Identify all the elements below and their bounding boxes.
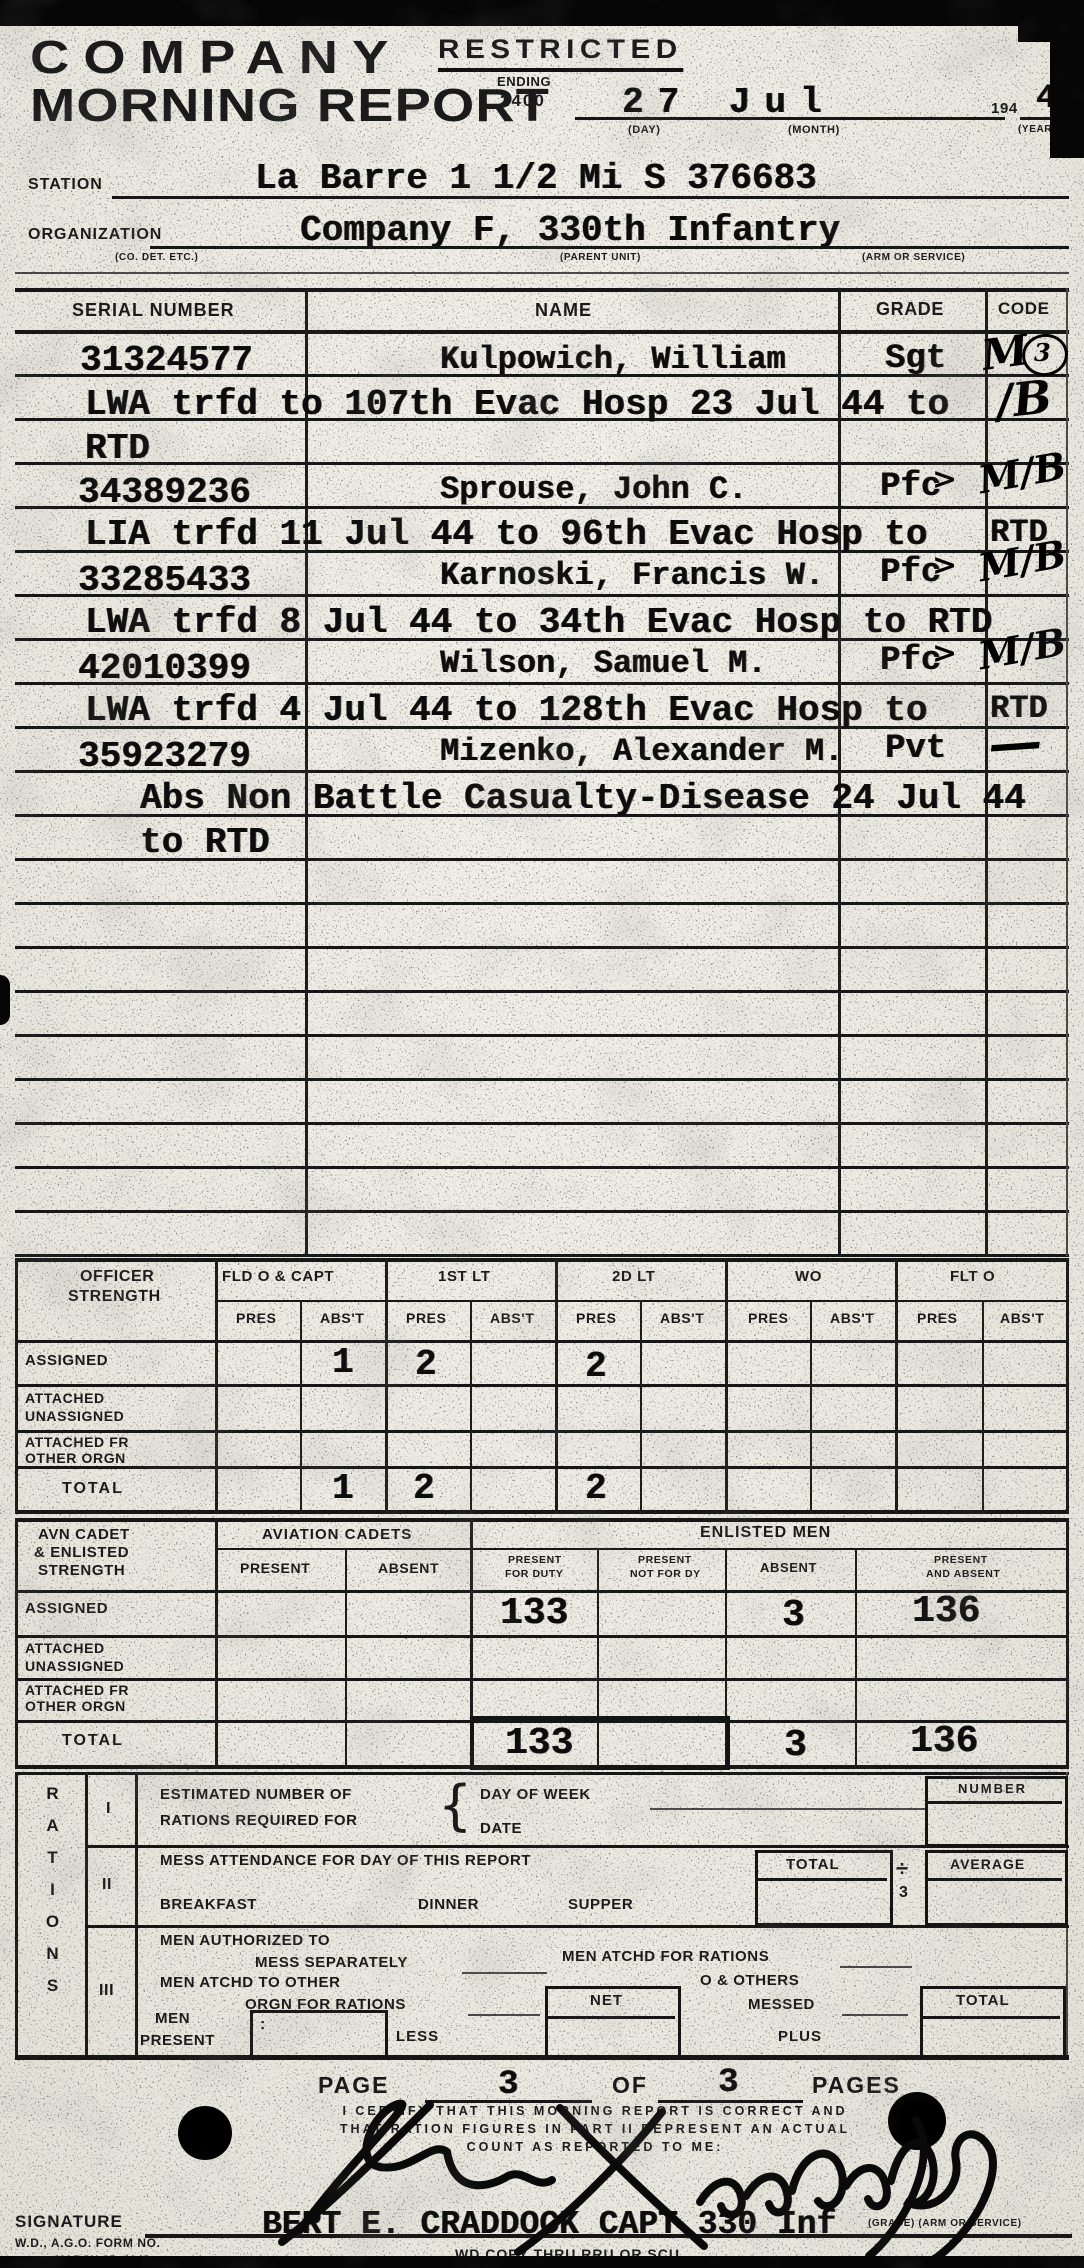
rations3-auth1: MEN AUTHORIZED TO: [160, 1932, 330, 1949]
avn-group-enlisted: ENLISTED MEN: [700, 1524, 831, 1542]
avn-row-label: ASSIGNED: [25, 1600, 108, 1617]
col-divider-serial: [305, 288, 308, 1256]
total-box-3-label: TOTAL: [956, 1992, 1010, 2009]
of-label: OF: [612, 2072, 648, 2099]
officer-value: 2: [413, 1468, 435, 1509]
avn-row-label2: UNASSIGNED: [25, 1658, 124, 1674]
avn-top-rule: [15, 1518, 1069, 1522]
avn-left-edge: [15, 1518, 18, 1769]
avn-row-label: ATTACHED: [25, 1640, 105, 1656]
page-label: PAGE: [318, 2072, 389, 2099]
officer-sub-abst: ABS'T: [490, 1310, 534, 1326]
entry-text: Abs Non Battle Casualty-Disease 24 Jul 4…: [140, 778, 1026, 819]
officer-sub-pres: PRES: [236, 1310, 277, 1326]
less-label: LESS: [396, 2028, 439, 2045]
row-rule: [15, 1122, 1069, 1125]
officer-left-edge: [15, 1258, 18, 1514]
officer-row-label2: UNASSIGNED: [25, 1408, 124, 1424]
rations-sec-divider: [85, 1845, 1069, 1848]
roster-col-grade: GRADE: [876, 299, 944, 320]
avn-label-divider: [215, 1518, 218, 1769]
org-sub-arm: (ARM OR SERVICE): [862, 252, 965, 263]
avn-sub-divider: [855, 1548, 857, 1769]
avn-value-absent: 3: [782, 1594, 805, 1637]
col-divider-code: [985, 288, 988, 1256]
entry-text: LWA trfd 4 Jul 44 to 128th Evac Hosp to: [85, 690, 928, 731]
avn-header-1: AVN CADET: [38, 1526, 130, 1543]
officer-sub-divider: [640, 1300, 642, 1514]
rations-numeral-3: III: [99, 1982, 114, 2000]
row-rule: [15, 990, 1069, 993]
avn-sub-pnfd: PRESENT: [638, 1554, 692, 1566]
entry-serial: 42010399: [78, 648, 251, 689]
grade-hand-arrow: >: [932, 462, 957, 497]
signature-label: SIGNATURE: [15, 2212, 123, 2232]
officer-sub-abst: ABS'T: [660, 1310, 704, 1326]
pages-label: PAGES: [812, 2072, 901, 2099]
number-box-rule: [925, 1801, 1062, 1804]
page-value: 3: [498, 2066, 518, 2104]
avn-value-presabs: 136: [912, 1590, 980, 1633]
day-label: (DAY): [628, 124, 661, 136]
roster-header-rule: [15, 330, 1069, 334]
form-title-line1: COMPANY: [30, 30, 403, 84]
ending-label: ENDING: [497, 74, 551, 89]
officer-top-rule: [15, 1258, 1069, 1262]
officer-group-label: FLT O: [950, 1268, 995, 1285]
entry-code-handwritten: M/B: [975, 443, 1070, 503]
col-divider-grade: [838, 288, 841, 1256]
officer-group-label: WO: [795, 1268, 822, 1285]
avn-right-edge: [1066, 1518, 1069, 1769]
row-rule: [15, 1166, 1069, 1169]
rations3-other-rule: [468, 2014, 540, 2016]
avn-sub-pfd2: FOR DUTY: [505, 1568, 563, 1580]
row-rule: [15, 462, 1069, 465]
entry-name: Karnoski, Francis W.: [440, 557, 824, 594]
avn-value-pfd: 133: [500, 1592, 568, 1635]
avn-rule: [15, 1635, 1069, 1638]
report-date: 27 Jul: [622, 82, 836, 123]
entry-code-handwritten: —: [986, 708, 1044, 776]
grade-arm-label: (GRADE) (ARM OR SERVICE): [868, 2218, 1022, 2229]
divide-sign: ÷: [896, 1856, 909, 1882]
rations-numeral-1: I: [106, 1800, 111, 1818]
officer-sub-divider: [470, 1300, 472, 1514]
officer-label-divider: [215, 1258, 218, 1514]
plus-label: PLUS: [778, 2028, 822, 2045]
avn-value-presabs: 136: [910, 1720, 978, 1763]
entry-name: Kulpowich, William: [440, 341, 786, 378]
avn-sub-pa: PRESENT: [934, 1554, 988, 1566]
officer-sub-pres: PRES: [576, 1310, 617, 1326]
cert-line-3: COUNT AS REPORTED TO ME:: [250, 2140, 940, 2154]
rations1-date-label: DATE: [480, 1820, 522, 1837]
entry-serial: 34389236: [78, 472, 251, 513]
avn-row-label: ATTACHED FR: [25, 1682, 129, 1698]
officer-sub-pres: PRES: [917, 1310, 958, 1326]
rations1-line2: RATIONS REQUIRED FOR: [160, 1812, 358, 1829]
entry-text: RTD: [85, 428, 150, 469]
organization-value: Company F, 330th Infantry: [300, 210, 840, 251]
officer-group-label: 1ST LT: [438, 1268, 491, 1285]
avn-value-absent: 3: [784, 1724, 807, 1767]
avn-sub-pnfd2: NOT FOR DY: [630, 1568, 701, 1580]
avn-row-label2: OTHER ORGN: [25, 1698, 126, 1714]
rations-sec-divider: [85, 1925, 1069, 1928]
officer-row-label: ASSIGNED: [25, 1352, 108, 1369]
officer-header-2: STRENGTH: [68, 1288, 161, 1306]
officer-sub-abst: ABS'T: [320, 1310, 364, 1326]
officer-group-divider: [385, 1258, 388, 1514]
rations3-other1: MEN ATCHD TO OTHER: [160, 1974, 341, 1991]
table-right-edge: [1066, 288, 1068, 1256]
rations-bottom-rule: [15, 2055, 1069, 2060]
rations-letters-divider: [85, 1772, 88, 2058]
breakfast-label: BREAKFAST: [160, 1896, 257, 1913]
officer-group-divider: [725, 1258, 728, 1514]
entry-name: Sprouse, John C.: [440, 471, 747, 508]
officer-value: 1: [332, 1468, 354, 1509]
rations3-men2: PRESENT: [140, 2032, 215, 2049]
month-label: (MONTH): [788, 124, 840, 136]
officer-rule: [15, 1466, 1069, 1469]
header-bottom-rule: [15, 272, 1069, 274]
officer-sub-divider: [982, 1300, 984, 1514]
avn-sub-pfd: PRESENT: [508, 1554, 562, 1566]
avn-header-2: & ENLISTED: [34, 1544, 129, 1561]
morning-report-document: COMPANY MORNING REPORT RESTRICTED ENDING…: [0, 0, 1084, 2268]
officer-group-divider: [555, 1258, 558, 1514]
cert-line-2: THAT RATION FIGURES IN PART II REPRESENT…: [250, 2122, 940, 2136]
officer-right-edge: [1066, 1258, 1069, 1514]
rations3-oothers1: O & OTHERS: [700, 1972, 799, 1989]
officer-value: 2: [585, 1346, 607, 1387]
roster-col-code: CODE: [998, 299, 1050, 319]
rations3-auth2: MESS SEPARATELY: [255, 1954, 408, 1971]
row-rule: [15, 1254, 1069, 1257]
rations3-atchd: MEN ATCHD FOR RATIONS: [562, 1948, 769, 1965]
officer-rule: [15, 1430, 1069, 1433]
scan-edge-top: [0, 0, 1084, 26]
form-title-line2: MORNING REPORT: [30, 78, 550, 132]
rations-numeral-2: II: [102, 1876, 112, 1894]
officer-bottom-rule: [15, 1510, 1069, 1514]
rations2-title: MESS ATTENDANCE FOR DAY OF THIS REPORT: [160, 1852, 531, 1869]
avn-subheader-rule: [215, 1548, 1069, 1550]
avn-sub-pa2: AND ABSENT: [926, 1568, 1000, 1580]
entry-text: LWA trfd to 107th Evac Hosp 23 Jul 44 to: [85, 384, 949, 425]
roster-col-serial: SERIAL NUMBER: [72, 300, 235, 321]
rations3-oothers2: MESSED: [748, 1996, 815, 2013]
rations-side-label: RATIONS: [42, 1784, 62, 2052]
supper-label: SUPPER: [568, 1896, 633, 1913]
organization-label: ORGANIZATION: [28, 226, 162, 244]
avn-row-label: TOTAL: [62, 1732, 124, 1750]
officer-sub-abst: ABS'T: [1000, 1310, 1044, 1326]
officer-sub-divider: [300, 1300, 302, 1514]
entry-code-handwritten: M/B: [975, 531, 1070, 591]
officer-rule: [15, 1340, 1069, 1343]
avn-sub-absent: ABSENT: [378, 1560, 439, 1576]
entry-serial: 33285433: [78, 560, 251, 601]
avn-group-cadets: AVIATION CADETS: [262, 1526, 412, 1543]
entry-text: LWA trfd 8 Jul 44 to 34th Evac Hosp to R…: [85, 602, 992, 643]
entry-grade: Pvt: [885, 730, 946, 768]
station-rule: [112, 196, 1069, 199]
org-sub-parent: (PARENT UNIT): [560, 252, 641, 263]
rations-numerals-divider: [135, 1772, 138, 2058]
men-present-colon: :: [260, 2016, 266, 2034]
scan-edge-top-right2: [1018, 0, 1084, 42]
avn-value-pfd: 133: [505, 1722, 573, 1765]
avn-header-3: STRENGTH: [38, 1562, 125, 1579]
entry-text: LIA trfd 11 Jul 44 to 96th Evac Hosp to: [85, 514, 928, 555]
row-rule: [15, 1210, 1069, 1213]
number-box-label: NUMBER: [958, 1781, 1027, 1796]
ending-time: 2400: [500, 91, 546, 111]
row-rule: [15, 946, 1069, 949]
scan-edge-bottom: [0, 2256, 1084, 2268]
station-label: STATION: [28, 176, 103, 194]
officer-value: 2: [415, 1344, 437, 1385]
avn-sub-present: PRESENT: [240, 1560, 310, 1576]
officer-sub-divider: [810, 1300, 812, 1514]
row-rule: [15, 1034, 1069, 1037]
dinner-label: DINNER: [418, 1896, 479, 1913]
org-sub-co: (CO. DET. ETC.): [115, 252, 198, 263]
entry-name: Mizenko, Alexander M.: [440, 733, 843, 770]
rations1-line1: ESTIMATED NUMBER OF: [160, 1786, 352, 1803]
net-box-label: NET: [590, 1992, 623, 2009]
avn-sub-divider: [345, 1548, 347, 1769]
officer-group-divider: [895, 1258, 898, 1514]
officer-row-label2: OTHER ORGN: [25, 1450, 126, 1466]
roster-top-rule: [15, 288, 1069, 292]
rations3-sep-rule: [462, 1972, 547, 1974]
officer-row-label: TOTAL: [62, 1480, 124, 1498]
avn-rule: [15, 1678, 1069, 1681]
organization-rule: [150, 246, 1069, 249]
typed-signature-name: BERT E. CRADDOCK CAPT 330 Inf: [262, 2206, 836, 2243]
punch-hole-right: [888, 2092, 946, 2150]
entry-code-handwritten: /B: [993, 369, 1054, 429]
divide-three: 3: [899, 1884, 909, 1902]
officer-group-label: FLD O & CAPT: [222, 1268, 334, 1285]
year-prefix: 194: [991, 100, 1018, 117]
rations3-atchd-rule: [840, 1966, 912, 1968]
cert-line-1: I CERTIFY THAT THIS MORNING REPORT IS CO…: [250, 2104, 940, 2118]
scan-edge-left-blob: [0, 975, 10, 1025]
total-box-2-rule: [755, 1878, 887, 1881]
rations3-men1: MEN: [155, 2010, 190, 2027]
code-circle-char: 3: [1034, 338, 1051, 367]
grade-hand-arrow: >: [932, 548, 957, 583]
rations1-day-rule: [650, 1808, 925, 1810]
punch-hole-left: [178, 2106, 232, 2160]
officer-value: 2: [585, 1468, 607, 1509]
officer-subheader-rule: [215, 1300, 1069, 1302]
men-present-box: [250, 2010, 388, 2058]
net-box-rule: [545, 2016, 675, 2019]
row-rule: [15, 902, 1069, 905]
officer-sub-abst: ABS'T: [830, 1310, 874, 1326]
total-box-3-rule: [920, 2016, 1060, 2019]
officer-row-label: ATTACHED FR: [25, 1434, 129, 1450]
entry-serial: 31324577: [80, 340, 253, 381]
rations3-messed-rule: [842, 2014, 908, 2016]
officer-sub-pres: PRES: [748, 1310, 789, 1326]
form-number: W.D., A.G.O. FORM NO.: [15, 2236, 161, 2250]
avn-sub-abs: ABSENT: [760, 1560, 817, 1575]
row-rule: [15, 1078, 1069, 1081]
classification-stamp: RESTRICTED: [438, 34, 683, 72]
entry-serial: 35923279: [78, 736, 251, 777]
entry-text: to RTD: [140, 822, 270, 863]
officer-rule: [15, 1384, 1069, 1387]
officer-sub-pres: PRES: [406, 1310, 447, 1326]
station-value: La Barre 1 1/2 Mi S 376683: [255, 158, 817, 199]
entry-grade: Sgt: [885, 340, 946, 378]
rations1-day-label: DAY OF WEEK: [480, 1786, 591, 1803]
rations1-brace: {: [438, 1774, 473, 1837]
total-box-2-label: TOTAL: [786, 1856, 840, 1873]
entry-name: Wilson, Samuel M.: [440, 645, 766, 682]
pages-value: 3: [718, 2064, 738, 2102]
average-box-label: AVERAGE: [950, 1856, 1025, 1872]
rations-top-rule: [15, 1772, 1069, 1775]
rations-left-edge: [15, 1772, 18, 2058]
officer-row-label: ATTACHED: [25, 1390, 105, 1406]
officer-value: 1: [332, 1342, 354, 1383]
officer-header-1: OFFICER: [80, 1268, 154, 1286]
grade-hand-arrow: >: [932, 636, 957, 671]
officer-group-label: 2D LT: [612, 1268, 656, 1285]
average-box-rule: [925, 1878, 1062, 1881]
roster-col-name: NAME: [535, 300, 592, 321]
